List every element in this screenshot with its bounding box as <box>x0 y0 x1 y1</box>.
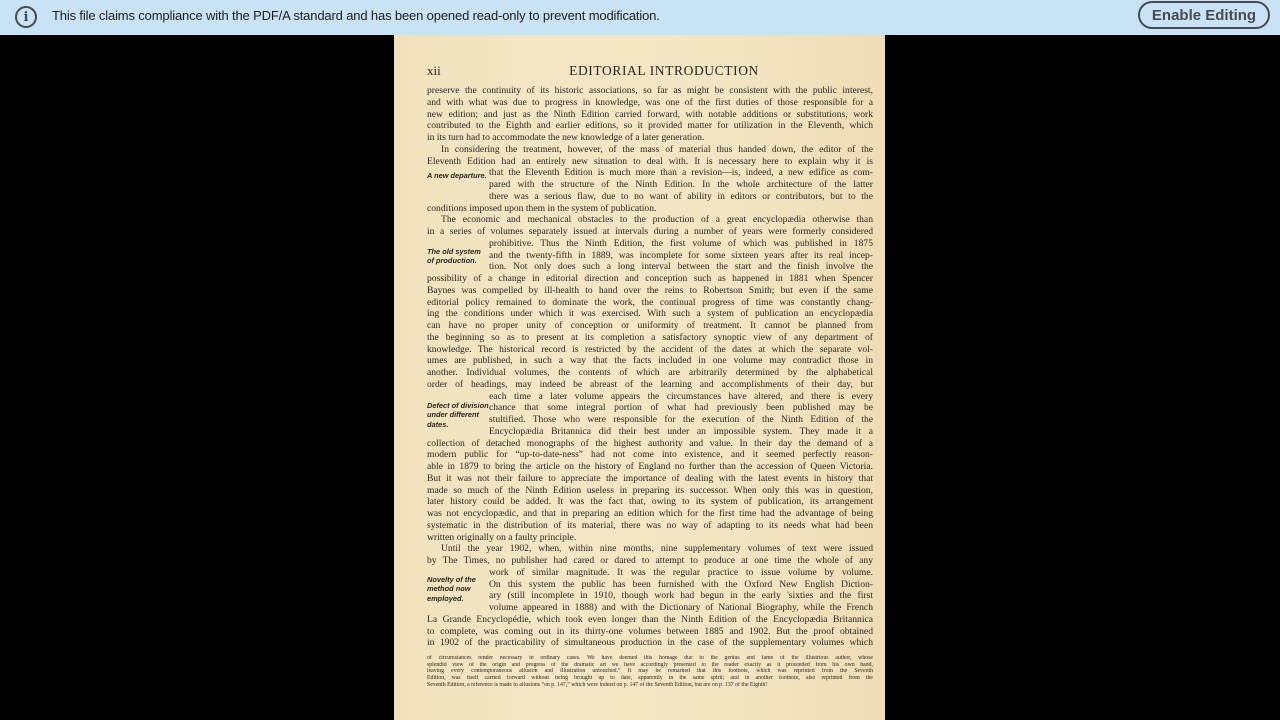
footnote: of circumstances render necessary in ord… <box>427 655 873 688</box>
footnote-line: splendid view of the origin and progress… <box>427 662 873 669</box>
margin-note: Novelty of the method now employed. <box>427 575 489 604</box>
text-line: umes are published, in such a way that t… <box>427 355 873 367</box>
document-viewer[interactable]: xii EDITORIAL INTRODUCTION preserve the … <box>0 35 1280 720</box>
text-line: order of headings, may indeed be abreast… <box>427 379 873 391</box>
text-line: La Grande Encyclopédie, which took even … <box>427 614 873 626</box>
text-line: work of similar magnitude. It was the re… <box>427 567 873 579</box>
text-line: by The Times, no publisher had cared or … <box>427 555 873 567</box>
text-line: another. Individual volumes, the content… <box>427 367 873 379</box>
margin-note: A new departure. <box>427 171 489 181</box>
page-header: xii EDITORIAL INTRODUCTION <box>427 63 873 79</box>
text-line: volume appeared in 1888) and with the Di… <box>427 602 873 614</box>
text-line: conditions imposed upon them in the syst… <box>427 203 873 215</box>
text-line: prohibitive. Thus the Ninth Edition, the… <box>427 238 873 250</box>
text-line: written originally on a faulty principle… <box>427 532 873 544</box>
read-only-info-bar: i This file claims compliance with the P… <box>0 0 1280 35</box>
text-line: and with what was due to progress in kno… <box>427 97 873 109</box>
text-line: Encyclopædia Britannica did their best u… <box>427 426 873 438</box>
text-line: contributed to the Eighth and earlier ed… <box>427 120 873 132</box>
text-line: knowledge. The historical record is rest… <box>427 344 873 356</box>
text-line: later history could be added. It was the… <box>427 496 873 508</box>
margin-note: Defect of division under different dates… <box>427 401 489 430</box>
text-line: can have no proper unity of conception o… <box>427 320 873 332</box>
page-body-text: preserve the continuity of its historic … <box>427 85 873 649</box>
text-line: made so much of the Ninth Edition useles… <box>427 485 873 497</box>
text-line: Eleventh Edition had an entirely new sit… <box>427 156 873 168</box>
text-line: chance that some integral portion of wha… <box>427 402 873 414</box>
text-line: ary (still incomplete in 1910, though wo… <box>427 590 873 602</box>
text-line: In considering the treatment, however, o… <box>427 144 873 156</box>
text-line: But it was not their failure to apprecia… <box>427 473 873 485</box>
text-line: each time a later volume appears the cir… <box>427 391 873 403</box>
text-line: able in 1879 to bring the article on the… <box>427 461 873 473</box>
text-line: in a series of volumes separately issued… <box>427 226 873 238</box>
text-line: modern public for “up-to-date-ness” had … <box>427 449 873 461</box>
enable-editing-button[interactable]: Enable Editing <box>1138 1 1270 29</box>
text-line: preserve the continuity of its historic … <box>427 85 873 97</box>
text-line: new edition; and just as the Ninth Editi… <box>427 109 873 121</box>
footnote-line: Edition, was itself carried forward with… <box>427 675 873 682</box>
text-line: there was a serious flaw, due to no want… <box>427 191 873 203</box>
text-line: the beginning so as to present at its co… <box>427 332 873 344</box>
text-line: in its turn had to accommodate the new k… <box>427 132 873 144</box>
text-line: The economic and mechanical obstacles to… <box>427 214 873 226</box>
text-line: Baynes was compelled by ill-health to ha… <box>427 285 873 297</box>
text-line: systematic in the distribution of its ma… <box>427 520 873 532</box>
text-line: in 1902 of the practicability of simulta… <box>427 637 873 649</box>
text-line: possibility of a change in editorial dir… <box>427 273 873 285</box>
pdf-page: xii EDITORIAL INTRODUCTION preserve the … <box>394 35 885 720</box>
footnote-line: leaving every contemporaneous allusion a… <box>427 668 873 675</box>
text-line: to complete, was coming out in its thirt… <box>427 626 873 638</box>
footnote-line: of circumstances render necessary in ord… <box>427 655 873 662</box>
margin-note: The old system of production. <box>427 247 489 266</box>
text-line: that the Eleventh Edition is much more t… <box>427 167 873 179</box>
text-line: Until the year 1902, when, within nine m… <box>427 543 873 555</box>
info-message: This file claims compliance with the PDF… <box>52 8 660 23</box>
running-head: EDITORIAL INTRODUCTION <box>427 63 873 79</box>
text-line: collection of detached monographs of the… <box>427 438 873 450</box>
text-line: pared with the structure of the Ninth Ed… <box>427 179 873 191</box>
text-line: stultified. Those who were responsible f… <box>427 414 873 426</box>
text-line: editorial policy remained to dominate th… <box>427 297 873 309</box>
text-line: and the twenty-fifth in 1889, was incomp… <box>427 250 873 262</box>
text-line: was not encyclopædic, and that in prepar… <box>427 508 873 520</box>
text-line: tion. Not only does such a long interval… <box>427 261 873 273</box>
text-line: On this system the public has been furni… <box>427 579 873 591</box>
text-line: ing the conditions under which it was ex… <box>427 308 873 320</box>
footnote-line: Seventh Edition, a reference is made to … <box>427 682 873 689</box>
info-icon: i <box>15 6 37 28</box>
